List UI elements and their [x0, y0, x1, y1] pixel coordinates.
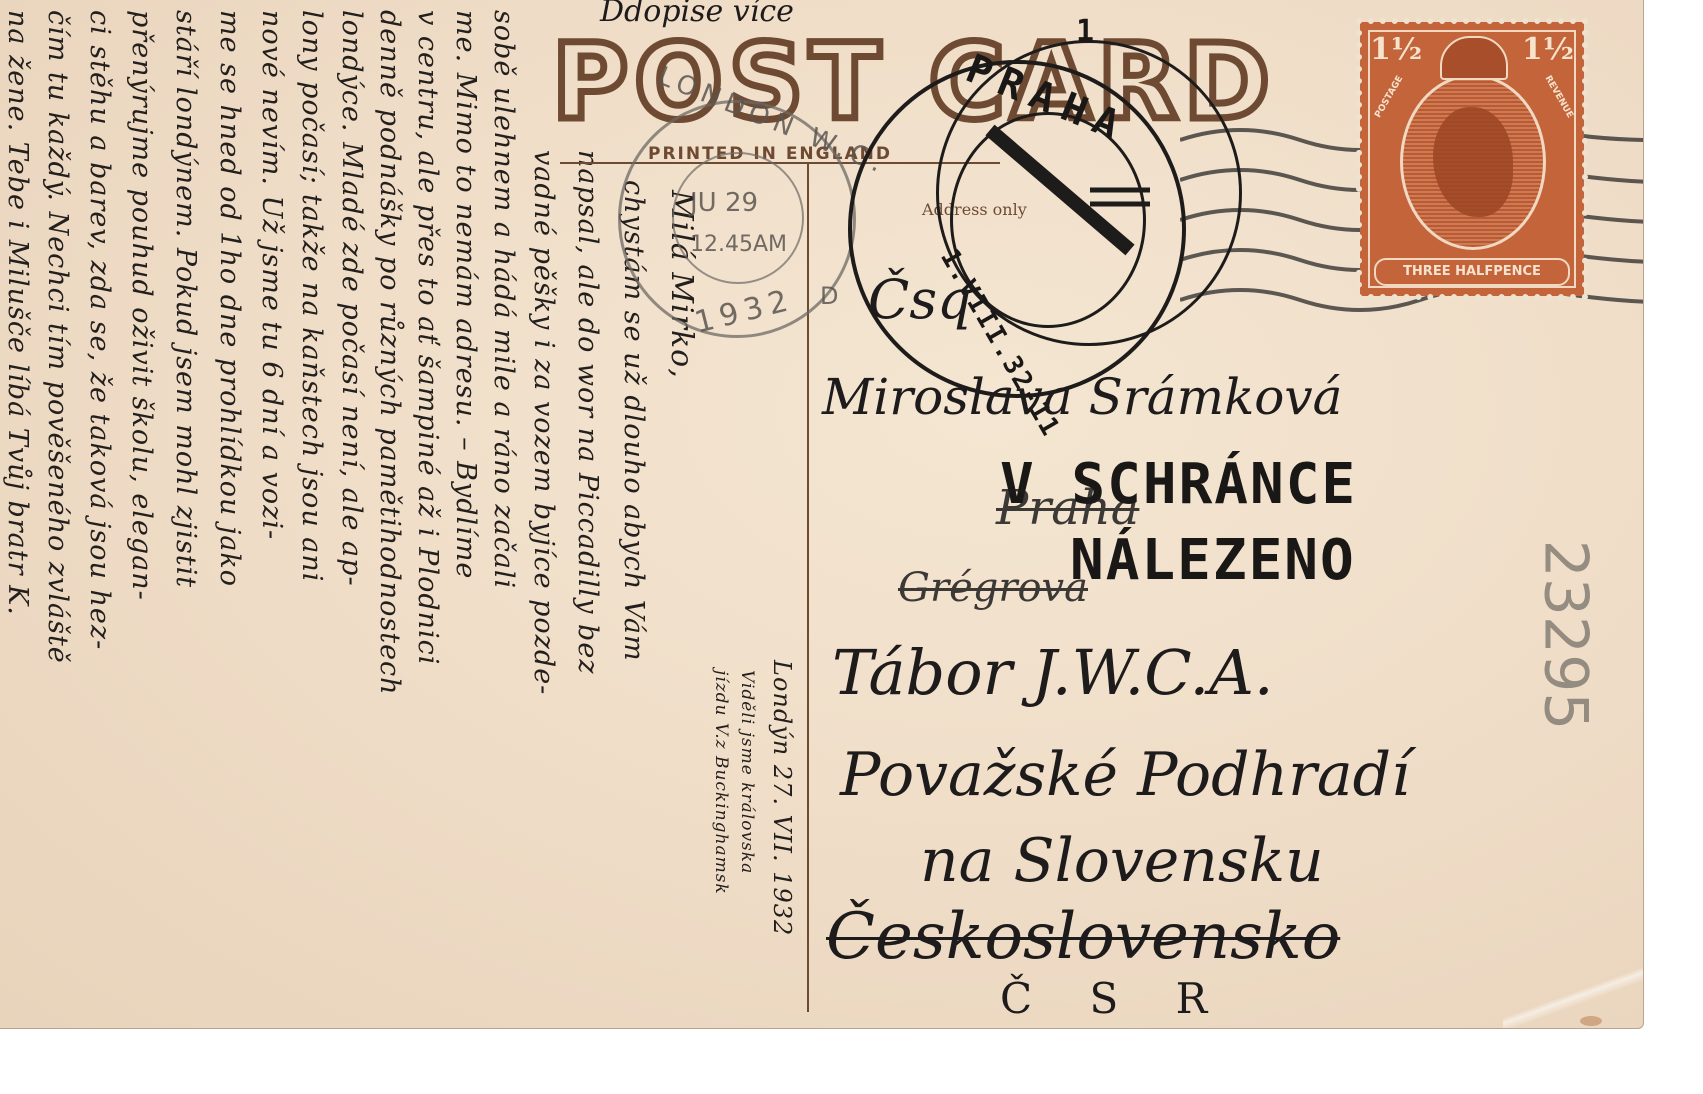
message-line: nové nevím. Už jsme tu 6 dní a vozi- [258, 10, 285, 540]
corner-stain [1580, 1016, 1602, 1026]
message-line: ci stěhu a barev, zda se, že taková jsou… [86, 10, 113, 650]
king-portrait [1400, 74, 1546, 250]
address-place: Považské Podhradí [840, 740, 1410, 810]
message-line: londýce. Mladé zde počasí není, ale ap- [338, 10, 365, 587]
message-line: me se hned od 1ho dne prohlídkou jako [216, 10, 243, 587]
praha-postmark-office: 1 [1076, 14, 1096, 49]
corner-crease [1503, 968, 1643, 1028]
message-line: denně podnášky po různých pamětihodnoste… [376, 10, 403, 696]
struck-street: Grégrova [898, 565, 1088, 611]
message-postscript: jízdu V.z Buckinghamsk [712, 670, 729, 895]
pencil-catalog-number: 23295 [1530, 540, 1600, 731]
london-postmark-inner-ring [672, 152, 804, 284]
message-line: napsal, ale do wor na Piccadilly bez [574, 150, 601, 675]
postage-stamp: 1½ 1½ POSTAGE REVENUE THREE HALFPENCE [1360, 22, 1584, 296]
stamp-denomination: THREE HALFPENCE [1374, 258, 1570, 286]
message-line: vadné pěšky i za vozem byjíce pozde- [530, 150, 557, 695]
message-line: lony počasí; takže na kaňstech jsou ani [298, 10, 325, 582]
struck-country: Československo [826, 900, 1340, 974]
message-line: me. Mimo to nemám adresu. – Bydlíme [452, 10, 479, 579]
praha-postmark-cross-bar [980, 120, 1160, 270]
message-dateline: Londýn 27. VII. 1932 [770, 660, 794, 936]
top-note: Ddopise více [600, 0, 794, 29]
message-line: přenýrujme pouhud oživit školu, elegan- [128, 10, 155, 601]
london-postmark-letter: D [820, 282, 838, 310]
crown-icon [1440, 36, 1508, 80]
postcard: Milá Mirko, chystám se už dlouho abych V… [0, 0, 1644, 1029]
message-line: v centru, ale přes to ať šampiné až i Pl… [414, 10, 441, 665]
london-postmark-date: JU 29 [690, 188, 758, 218]
london-postmark-time: 12.45AM [690, 232, 787, 257]
stamped-note-line2: NÁLEZENO [1070, 528, 1356, 593]
message-line: sobě ulehnem a hádá mile a ráno začali [490, 10, 517, 589]
message-line: stáří londýnem. Pokud jsem mohl zjistit [172, 10, 199, 588]
stamp-value-left: 1½ [1370, 32, 1422, 67]
stamp-value-right: 1½ [1522, 32, 1574, 67]
recipient-name: Miroslava Srámková [822, 368, 1342, 426]
country-abbreviation: Č S R [1000, 974, 1229, 1023]
message-line: čím tu každý. Nechci tím pověšeného zvlá… [44, 10, 71, 664]
address-region: na Slovensku [920, 826, 1324, 896]
message-line: na žene. Tebe i Milušče líbá Tvůj bratr … [4, 10, 31, 616]
message-postscript: Viděli jsme královska [738, 670, 755, 874]
handwritten-sorting-mark: Čsq [868, 268, 972, 331]
address-camp: Tábor J.W.C.A. [832, 636, 1274, 709]
